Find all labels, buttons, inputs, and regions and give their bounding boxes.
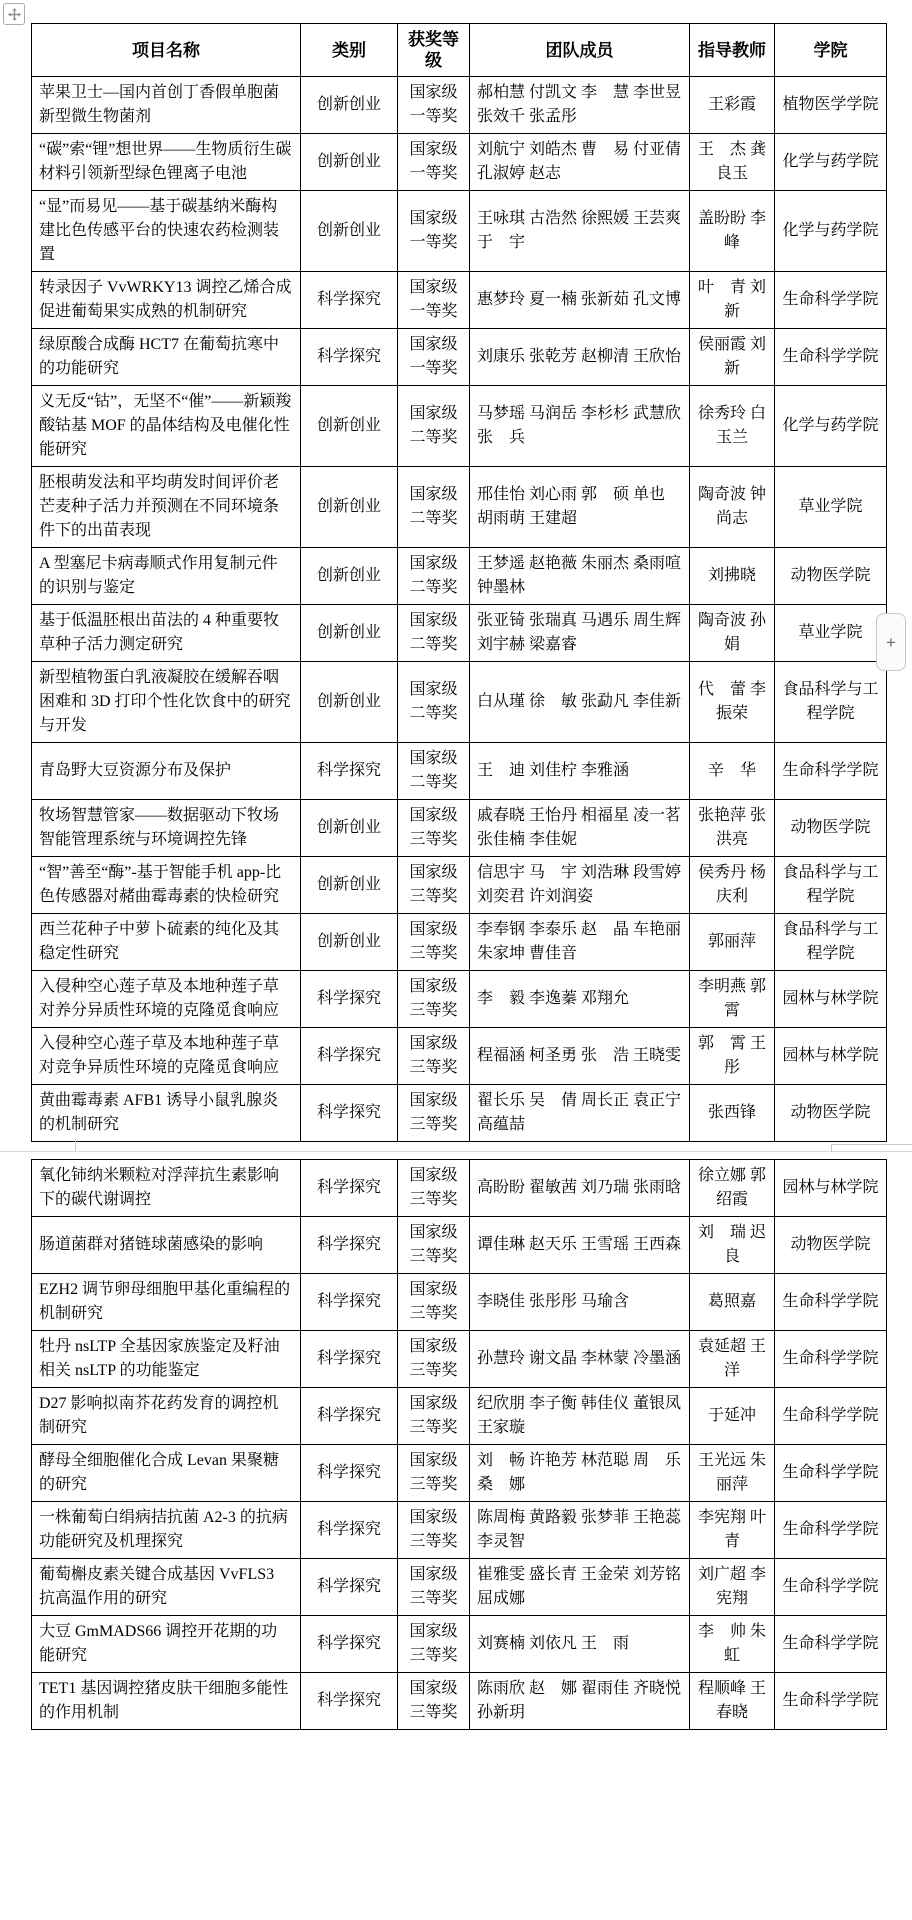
advisors-cell: 刘 瑞 迟 良 (690, 1217, 775, 1274)
project-name-cell: 一株葡萄白绢病拮抗菌 A2-3 的抗病功能研究及机理探究 (32, 1502, 301, 1559)
category-cell: 科学探究 (301, 1160, 398, 1217)
award-level-line: 国家级 (400, 747, 467, 771)
team-members-cell: 惠梦玲 夏一楠 张新茹 孔文博 (470, 272, 690, 329)
category-cell: 创新创业 (301, 386, 398, 467)
award-level-line: 国家级 (400, 804, 467, 828)
category-cell: 科学探究 (301, 743, 398, 800)
table-row: 一株葡萄白绢病拮抗菌 A2-3 的抗病功能研究及机理探究科学探究国家级三等奖陈周… (32, 1502, 887, 1559)
project-name-cell: 葡萄槲皮素关键合成基因 VvFLS3 抗高温作用的研究 (32, 1559, 301, 1616)
award-level-cell: 国家级一等奖 (398, 191, 470, 272)
column-header-team-members-cell: 团队成员 (470, 24, 690, 77)
advisors-cell: 徐秀玲 白玉兰 (690, 386, 775, 467)
advisors-cell: 陶奇波 孙 娟 (690, 605, 775, 662)
college-cell: 食品科学与工程学院 (775, 914, 887, 971)
table-row: 大豆 GmMADS66 调控开花期的功能研究科学探究国家级三等奖刘赛楠 刘依凡 … (32, 1616, 887, 1673)
advisors-cell: 侯丽霞 刘 新 (690, 329, 775, 386)
award-level-line: 二等奖 (400, 426, 467, 450)
column-header-award-level-cell: 获奖等级 (398, 24, 470, 77)
table-row: EZH2 调节卵母细胞甲基化重编程的机制研究科学探究国家级三等奖李晓佳 张彤彤 … (32, 1274, 887, 1331)
team-members-cell: 刘航宁 刘皓杰 曹 易 付亚倩 孔淑婷 赵志 (470, 134, 690, 191)
team-members-cell: 李奉钢 李泰乐 赵 晶 车艳丽 朱家坤 曹佳音 (470, 914, 690, 971)
category-cell: 创新创业 (301, 800, 398, 857)
category-cell: 创新创业 (301, 914, 398, 971)
award-level-line: 国家级 (400, 1032, 467, 1056)
award-level-cell: 国家级三等奖 (398, 1160, 470, 1217)
category-cell: 创新创业 (301, 134, 398, 191)
college-cell: 生命科学学院 (775, 1331, 887, 1388)
college-cell: 化学与药学院 (775, 386, 887, 467)
college-cell: 生命科学学院 (775, 1673, 887, 1730)
college-cell: 动物医学院 (775, 1085, 887, 1142)
header-row: 项目名称类别获奖等级团队成员指导教师学院 (32, 24, 887, 77)
award-level-line: 国家级 (400, 1221, 467, 1245)
column-header-college-cell: 学院 (775, 24, 887, 77)
award-level-line: 二等奖 (400, 576, 467, 600)
award-level-line: 二等奖 (400, 507, 467, 531)
awards-table-page-2: 氧化铈纳米颗粒对浮萍抗生素影响下的碳代谢调控科学探究国家级三等奖高盼盼 翟敏茜 … (31, 1159, 887, 1730)
award-level-line: 国家级 (400, 1335, 467, 1359)
project-name-cell: 肠道菌群对猪链球菌感染的影响 (32, 1217, 301, 1274)
table-row: 义无反“钴”，无坚不“催”——新颖羧酸钴基 MOF 的晶体结构及电催化性能研究创… (32, 386, 887, 467)
award-level-line: 二等奖 (400, 702, 467, 726)
team-members-cell: 刘 畅 许艳芳 林范聪 周 乐 桑 娜 (470, 1445, 690, 1502)
table-row: 胚根萌发法和平均萌发时间评价老芒麦种子活力并预测在不同环境条件下的出苗表现创新创… (32, 467, 887, 548)
advisors-cell: 程顺峰 王春晓 (690, 1673, 775, 1730)
table-row: 苹果卫士—国内首创丁香假单胞菌新型微生物菌剂创新创业国家级一等奖郝柏慧 付凯文 … (32, 77, 887, 134)
category-cell: 科学探究 (301, 1028, 398, 1085)
table-row: 黄曲霉毒素 AFB1 诱导小鼠乳腺炎的机制研究科学探究国家级三等奖翟长乐 吴 倩… (32, 1085, 887, 1142)
award-level-cell: 国家级三等奖 (398, 1616, 470, 1673)
award-level-line: 国家级 (400, 609, 467, 633)
award-level-line: 国家级 (400, 975, 467, 999)
award-level-cell: 国家级二等奖 (398, 605, 470, 662)
category-cell: 创新创业 (301, 662, 398, 743)
award-level-cell: 国家级三等奖 (398, 1028, 470, 1085)
category-cell: 科学探究 (301, 329, 398, 386)
team-members-cell: 戚春晓 王怡丹 相福星 凌一茗 张佳楠 李佳妮 (470, 800, 690, 857)
category-cell: 科学探究 (301, 971, 398, 1028)
page-break (0, 1142, 912, 1159)
team-members-cell: 白从瑾 徐 敏 张勐凡 李佳新 (470, 662, 690, 743)
project-name-cell: 黄曲霉毒素 AFB1 诱导小鼠乳腺炎的机制研究 (32, 1085, 301, 1142)
award-level-line: 国家级 (400, 1392, 467, 1416)
award-level-cell: 国家级三等奖 (398, 1559, 470, 1616)
advisors-cell: 陶奇波 钟尚志 (690, 467, 775, 548)
award-level-line: 国家级 (400, 402, 467, 426)
award-level-cell: 国家级三等奖 (398, 1085, 470, 1142)
category-cell: 创新创业 (301, 548, 398, 605)
award-level-line: 国家级 (400, 138, 467, 162)
category-cell: 科学探究 (301, 1388, 398, 1445)
award-level-line: 三等奖 (400, 1056, 467, 1080)
advisors-cell: 葛照嘉 (690, 1274, 775, 1331)
college-cell: 生命科学学院 (775, 1502, 887, 1559)
award-level-cell: 国家级三等奖 (398, 1217, 470, 1274)
award-level-line: 国家级 (400, 483, 467, 507)
advisors-cell: 袁延超 王 洋 (690, 1331, 775, 1388)
college-cell: 食品科学与工程学院 (775, 662, 887, 743)
category-cell: 科学探究 (301, 1616, 398, 1673)
table-row: 转录因子 VvWRKY13 调控乙烯合成促进葡萄果实成熟的机制研究科学探究国家级… (32, 272, 887, 329)
tables-host: 项目名称类别获奖等级团队成员指导教师学院苹果卫士—国内首创丁香假单胞菌新型微生物… (0, 23, 912, 1730)
table-row: “智”善至“酶”-基于智能手机 app-比色传感器对赭曲霉毒素的快检研究创新创业… (32, 857, 887, 914)
award-level-cell: 国家级一等奖 (398, 329, 470, 386)
award-level-cell: 国家级一等奖 (398, 77, 470, 134)
college-cell: 草业学院 (775, 605, 887, 662)
award-level-line: 国家级 (400, 1506, 467, 1530)
award-level-cell: 国家级三等奖 (398, 1331, 470, 1388)
project-name-cell: 入侵种空心莲子草及本地种莲子草对养分异质性环境的克隆觅食响应 (32, 971, 301, 1028)
college-cell: 生命科学学院 (775, 272, 887, 329)
award-level-line: 国家级 (400, 1278, 467, 1302)
advisors-cell: 刘拂晓 (690, 548, 775, 605)
project-name-cell: 转录因子 VvWRKY13 调控乙烯合成促进葡萄果实成熟的机制研究 (32, 272, 301, 329)
project-name-cell: “显”而易见——基于碳基纳米酶构建比色传感平台的快速农药检测装置 (32, 191, 301, 272)
advisors-cell: 李 帅 朱 虹 (690, 1616, 775, 1673)
table-row: 牡丹 nsLTP 全基因家族鉴定及籽油相关 nsLTP 的功能鉴定科学探究国家级… (32, 1331, 887, 1388)
award-level-cell: 国家级三等奖 (398, 857, 470, 914)
category-cell: 科学探究 (301, 272, 398, 329)
table-row: D27 影响拟南芥花药发育的调控机制研究科学探究国家级三等奖纪欣朋 李子衡 韩佳… (32, 1388, 887, 1445)
project-name-cell: “智”善至“酶”-基于智能手机 app-比色传感器对赭曲霉毒素的快检研究 (32, 857, 301, 914)
team-members-cell: 纪欣朋 李子衡 韩佳仪 董银凤 王家璇 (470, 1388, 690, 1445)
table-row: 葡萄槲皮素关键合成基因 VvFLS3 抗高温作用的研究科学探究国家级三等奖崔雅雯… (32, 1559, 887, 1616)
team-members-cell: 王 迪 刘佳柠 李雅涵 (470, 743, 690, 800)
advisors-cell: 王光远 朱丽萍 (690, 1445, 775, 1502)
table-move-handle[interactable] (3, 3, 25, 25)
award-level-line: 一等奖 (400, 300, 467, 324)
category-cell: 科学探究 (301, 1559, 398, 1616)
category-cell: 科学探究 (301, 1274, 398, 1331)
advisors-cell: 张艳萍 张洪亮 (690, 800, 775, 857)
award-level-line: 国家级 (400, 1449, 467, 1473)
table-row: 入侵种空心莲子草及本地种莲子草对竞争异质性环境的克隆觅食响应科学探究国家级三等奖… (32, 1028, 887, 1085)
advisors-cell: 刘广超 李宪翔 (690, 1559, 775, 1616)
award-level-cell: 国家级三等奖 (398, 1673, 470, 1730)
college-cell: 园林与林学院 (775, 1028, 887, 1085)
college-cell: 动物医学院 (775, 800, 887, 857)
team-members-cell: 王咏琪 古浩然 徐熙媛 王芸爽 于 宇 (470, 191, 690, 272)
project-name-cell: 大豆 GmMADS66 调控开花期的功能研究 (32, 1616, 301, 1673)
award-level-cell: 国家级一等奖 (398, 134, 470, 191)
project-name-cell: 基于低温胚根出苗法的 4 种重要牧草种子活力测定研究 (32, 605, 301, 662)
category-cell: 创新创业 (301, 191, 398, 272)
column-header-advisors-cell: 指导教师 (690, 24, 775, 77)
project-name-cell: 酵母全细胞催化合成 Levan 果聚糖的研究 (32, 1445, 301, 1502)
project-name-cell: “碳”索“锂”想世界——生物质衍生碳材料引领新型绿色锂离子电池 (32, 134, 301, 191)
award-level-line: 国家级 (400, 1620, 467, 1644)
category-cell: 科学探究 (301, 1445, 398, 1502)
column-header-category-cell: 类别 (301, 24, 398, 77)
project-name-cell: 新型植物蛋白乳液凝胶在缓解吞咽困难和 3D 打印个性化饮食中的研究与开发 (32, 662, 301, 743)
project-name-cell: 西兰花种子中萝卜硫素的纯化及其稳定性研究 (32, 914, 301, 971)
advisors-cell: 辛 华 (690, 743, 775, 800)
award-level-cell: 国家级三等奖 (398, 1502, 470, 1559)
team-members-cell: 马梦瑶 马润岳 李杉杉 武慧欣 张 兵 (470, 386, 690, 467)
award-level-line: 国家级 (400, 861, 467, 885)
table-row: 氧化铈纳米颗粒对浮萍抗生素影响下的碳代谢调控科学探究国家级三等奖高盼盼 翟敏茜 … (32, 1160, 887, 1217)
category-cell: 科学探究 (301, 1502, 398, 1559)
advisors-cell: 叶 青 刘 新 (690, 272, 775, 329)
award-level-cell: 国家级一等奖 (398, 272, 470, 329)
award-level-line: 三等奖 (400, 1188, 467, 1212)
award-level-line: 国家级 (400, 1563, 467, 1587)
team-members-cell: 李晓佳 张彤彤 马瑜含 (470, 1274, 690, 1331)
award-level-line: 国家级 (400, 678, 467, 702)
award-level-line: 二等奖 (400, 771, 467, 795)
college-cell: 植物医学学院 (775, 77, 887, 134)
category-cell: 科学探究 (301, 1673, 398, 1730)
page-break-line (0, 1151, 912, 1152)
college-cell: 园林与林学院 (775, 1160, 887, 1217)
table-row: “碳”索“锂”想世界——生物质衍生碳材料引领新型绿色锂离子电池创新创业国家级一等… (32, 134, 887, 191)
category-cell: 创新创业 (301, 467, 398, 548)
award-level-line: 三等奖 (400, 942, 467, 966)
college-cell: 动物医学院 (775, 1217, 887, 1274)
page-margin-mark-right (831, 1144, 912, 1152)
award-level-line: 国家级 (400, 1677, 467, 1701)
award-level-cell: 国家级二等奖 (398, 743, 470, 800)
table-row: 绿原酸合成酶 HCT7 在葡萄抗寒中的功能研究科学探究国家级一等奖刘康乐 张乾芳… (32, 329, 887, 386)
project-name-cell: A 型塞尼卡病毒顺式作用复制元件的识别与鉴定 (32, 548, 301, 605)
table-row: 新型植物蛋白乳液凝胶在缓解吞咽困难和 3D 打印个性化饮食中的研究与开发创新创业… (32, 662, 887, 743)
award-level-line: 三等奖 (400, 828, 467, 852)
award-level-cell: 国家级二等奖 (398, 386, 470, 467)
team-members-cell: 信思宇 马 宇 刘浩琳 段雪婷 刘奕君 许刘润姿 (470, 857, 690, 914)
award-level-line: 三等奖 (400, 1245, 467, 1269)
award-level-cell: 国家级三等奖 (398, 1388, 470, 1445)
column-header-project-name-cell: 项目名称 (32, 24, 301, 77)
college-cell: 生命科学学院 (775, 1274, 887, 1331)
advisors-cell: 侯秀丹 杨庆利 (690, 857, 775, 914)
project-name-cell: 氧化铈纳米颗粒对浮萍抗生素影响下的碳代谢调控 (32, 1160, 301, 1217)
college-cell: 生命科学学院 (775, 1559, 887, 1616)
award-level-line: 三等奖 (400, 1587, 467, 1611)
award-level-line: 国家级 (400, 918, 467, 942)
award-level-line: 一等奖 (400, 105, 467, 129)
team-members-cell: 谭佳琳 赵天乐 王雪瑶 王西森 (470, 1217, 690, 1274)
team-members-cell: 崔雅雯 盛长青 王金荣 刘芳铭 屈成娜 (470, 1559, 690, 1616)
award-level-line: 国家级 (400, 276, 467, 300)
college-cell: 生命科学学院 (775, 1388, 887, 1445)
project-name-cell: 青岛野大豆资源分布及保护 (32, 743, 301, 800)
table-row: 基于低温胚根出苗法的 4 种重要牧草种子活力测定研究创新创业国家级二等奖张亚锜 … (32, 605, 887, 662)
table-row: 牧场智慧管家——数据驱动下牧场智能管理系统与环境调控先锋创新创业国家级三等奖戚春… (32, 800, 887, 857)
team-members-cell: 刘康乐 张乾芳 赵柳清 王欣怡 (470, 329, 690, 386)
college-cell: 园林与林学院 (775, 971, 887, 1028)
award-level-line: 一等奖 (400, 162, 467, 186)
award-level-line: 国家级 (400, 552, 467, 576)
award-level-line: 国家级 (400, 207, 467, 231)
award-level-cell: 国家级三等奖 (398, 800, 470, 857)
award-level-cell: 国家级二等奖 (398, 467, 470, 548)
award-level-line: 国家级 (400, 333, 467, 357)
college-cell: 生命科学学院 (775, 743, 887, 800)
award-level-line: 三等奖 (400, 1302, 467, 1326)
table-row: 青岛野大豆资源分布及保护科学探究国家级二等奖王 迪 刘佳柠 李雅涵辛 华生命科学… (32, 743, 887, 800)
table-row: 入侵种空心莲子草及本地种莲子草对养分异质性环境的克隆觅食响应科学探究国家级三等奖… (32, 971, 887, 1028)
college-cell: 草业学院 (775, 467, 887, 548)
table-row: 酵母全细胞催化合成 Levan 果聚糖的研究科学探究国家级三等奖刘 畅 许艳芳 … (32, 1445, 887, 1502)
project-name-cell: 绿原酸合成酶 HCT7 在葡萄抗寒中的功能研究 (32, 329, 301, 386)
award-level-cell: 国家级三等奖 (398, 914, 470, 971)
project-name-cell: 胚根萌发法和平均萌发时间评价老芒麦种子活力并预测在不同环境条件下的出苗表现 (32, 467, 301, 548)
team-members-cell: 翟长乐 吴 倩 周长正 袁正宁 高蕴喆 (470, 1085, 690, 1142)
team-members-cell: 陈周梅 黄路毅 张梦菲 王艳蕊 李灵智 (470, 1502, 690, 1559)
college-cell: 化学与药学院 (775, 134, 887, 191)
project-name-cell: 苹果卫士—国内首创丁香假单胞菌新型微生物菌剂 (32, 77, 301, 134)
advisors-cell: 王 杰 龚良玉 (690, 134, 775, 191)
project-name-cell: 义无反“钴”，无坚不“催”——新颖羧酸钴基 MOF 的晶体结构及电催化性能研究 (32, 386, 301, 467)
awards-table-page-1: 项目名称类别获奖等级团队成员指导教师学院苹果卫士—国内首创丁香假单胞菌新型微生物… (31, 23, 887, 1142)
project-name-cell: EZH2 调节卵母细胞甲基化重编程的机制研究 (32, 1274, 301, 1331)
table-row: 西兰花种子中萝卜硫素的纯化及其稳定性研究创新创业国家级三等奖李奉钢 李泰乐 赵 … (32, 914, 887, 971)
project-name-cell: 牡丹 nsLTP 全基因家族鉴定及籽油相关 nsLTP 的功能鉴定 (32, 1331, 301, 1388)
advisors-cell: 徐立娜 郭绍霞 (690, 1160, 775, 1217)
award-level-line: 国家级 (400, 1164, 467, 1188)
team-members-cell: 李 毅 李逸蓁 邓翔允 (470, 971, 690, 1028)
project-name-cell: TET1 基因调控猪皮肤干细胞多能性的作用机制 (32, 1673, 301, 1730)
table-row: TET1 基因调控猪皮肤干细胞多能性的作用机制科学探究国家级三等奖陈雨欣 赵 娜… (32, 1673, 887, 1730)
advisors-cell: 盖盼盼 李 峰 (690, 191, 775, 272)
project-name-cell: D27 影响拟南芥花药发育的调控机制研究 (32, 1388, 301, 1445)
award-level-line: 三等奖 (400, 1416, 467, 1440)
award-level-line: 一等奖 (400, 357, 467, 381)
category-cell: 科学探究 (301, 1085, 398, 1142)
college-cell: 生命科学学院 (775, 329, 887, 386)
category-cell: 创新创业 (301, 605, 398, 662)
advisors-cell: 李明燕 郭 霄 (690, 971, 775, 1028)
award-level-cell: 国家级三等奖 (398, 1274, 470, 1331)
advisors-cell: 李宪翔 叶 青 (690, 1502, 775, 1559)
advisors-cell: 于延冲 (690, 1388, 775, 1445)
document-page: 项目名称类别获奖等级团队成员指导教师学院苹果卫士—国内首创丁香假单胞菌新型微生物… (0, 0, 912, 1920)
award-level-line: 三等奖 (400, 1701, 467, 1725)
team-members-cell: 程福涵 柯圣勇 张 浩 王晓雯 (470, 1028, 690, 1085)
team-members-cell: 张亚锜 张瑞真 马遇乐 周生辉 刘宇赫 梁嘉睿 (470, 605, 690, 662)
award-level-line: 三等奖 (400, 1359, 467, 1383)
college-cell: 食品科学与工程学院 (775, 857, 887, 914)
team-members-cell: 王梦遥 赵艳薇 朱丽杰 桑雨喧 钟墨林 (470, 548, 690, 605)
college-cell: 动物医学院 (775, 548, 887, 605)
award-level-cell: 国家级三等奖 (398, 971, 470, 1028)
team-members-cell: 郝柏慧 付凯文 李 慧 李世昱 张效千 张孟彤 (470, 77, 690, 134)
category-cell: 创新创业 (301, 77, 398, 134)
award-level-line: 国家级 (400, 1089, 467, 1113)
team-members-cell: 高盼盼 翟敏茜 刘乃瑞 张雨晗 (470, 1160, 690, 1217)
award-level-line: 国家级 (400, 81, 467, 105)
award-level-line: 二等奖 (400, 633, 467, 657)
award-level-line: 三等奖 (400, 1473, 467, 1497)
table-row: 肠道菌群对猪链球菌感染的影响科学探究国家级三等奖谭佳琳 赵天乐 王雪瑶 王西森刘… (32, 1217, 887, 1274)
category-cell: 科学探究 (301, 1331, 398, 1388)
category-cell: 科学探究 (301, 1217, 398, 1274)
team-members-cell: 邢佳怡 刘心雨 郭 硕 单也 胡雨萌 王建超 (470, 467, 690, 548)
college-cell: 生命科学学院 (775, 1445, 887, 1502)
category-cell: 创新创业 (301, 857, 398, 914)
project-name-cell: 入侵种空心莲子草及本地种莲子草对竞争异质性环境的克隆觅食响应 (32, 1028, 301, 1085)
table-insert-button[interactable]: + (876, 613, 906, 671)
award-level-line: 三等奖 (400, 1113, 467, 1137)
team-members-cell: 孙慧玲 谢文晶 李林蒙 冷墨涵 (470, 1331, 690, 1388)
award-level-line: 一等奖 (400, 231, 467, 255)
team-members-cell: 陈雨欣 赵 娜 翟雨佳 齐晓悦 孙新玥 (470, 1673, 690, 1730)
move-icon (7, 7, 22, 22)
award-level-line: 三等奖 (400, 1644, 467, 1668)
table-row: “显”而易见——基于碳基纳米酶构建比色传感平台的快速农药检测装置创新创业国家级一… (32, 191, 887, 272)
college-cell: 化学与药学院 (775, 191, 887, 272)
award-level-line: 三等奖 (400, 885, 467, 909)
college-cell: 生命科学学院 (775, 1616, 887, 1673)
award-level-cell: 国家级二等奖 (398, 662, 470, 743)
team-members-cell: 刘赛楠 刘依凡 王 雨 (470, 1616, 690, 1673)
advisors-cell: 郭 霄 王 彤 (690, 1028, 775, 1085)
project-name-cell: 牧场智慧管家——数据驱动下牧场智能管理系统与环境调控先锋 (32, 800, 301, 857)
advisors-cell: 张西锋 (690, 1085, 775, 1142)
award-level-cell: 国家级二等奖 (398, 548, 470, 605)
award-level-line: 三等奖 (400, 1530, 467, 1554)
award-level-cell: 国家级三等奖 (398, 1445, 470, 1502)
table-row: A 型塞尼卡病毒顺式作用复制元件的识别与鉴定创新创业国家级二等奖王梦遥 赵艳薇 … (32, 548, 887, 605)
page-margin-mark-left (75, 1139, 76, 1151)
award-level-line: 三等奖 (400, 999, 467, 1023)
advisors-cell: 代 蕾 李振荣 (690, 662, 775, 743)
advisors-cell: 郭丽萍 (690, 914, 775, 971)
advisors-cell: 王彩霞 (690, 77, 775, 134)
